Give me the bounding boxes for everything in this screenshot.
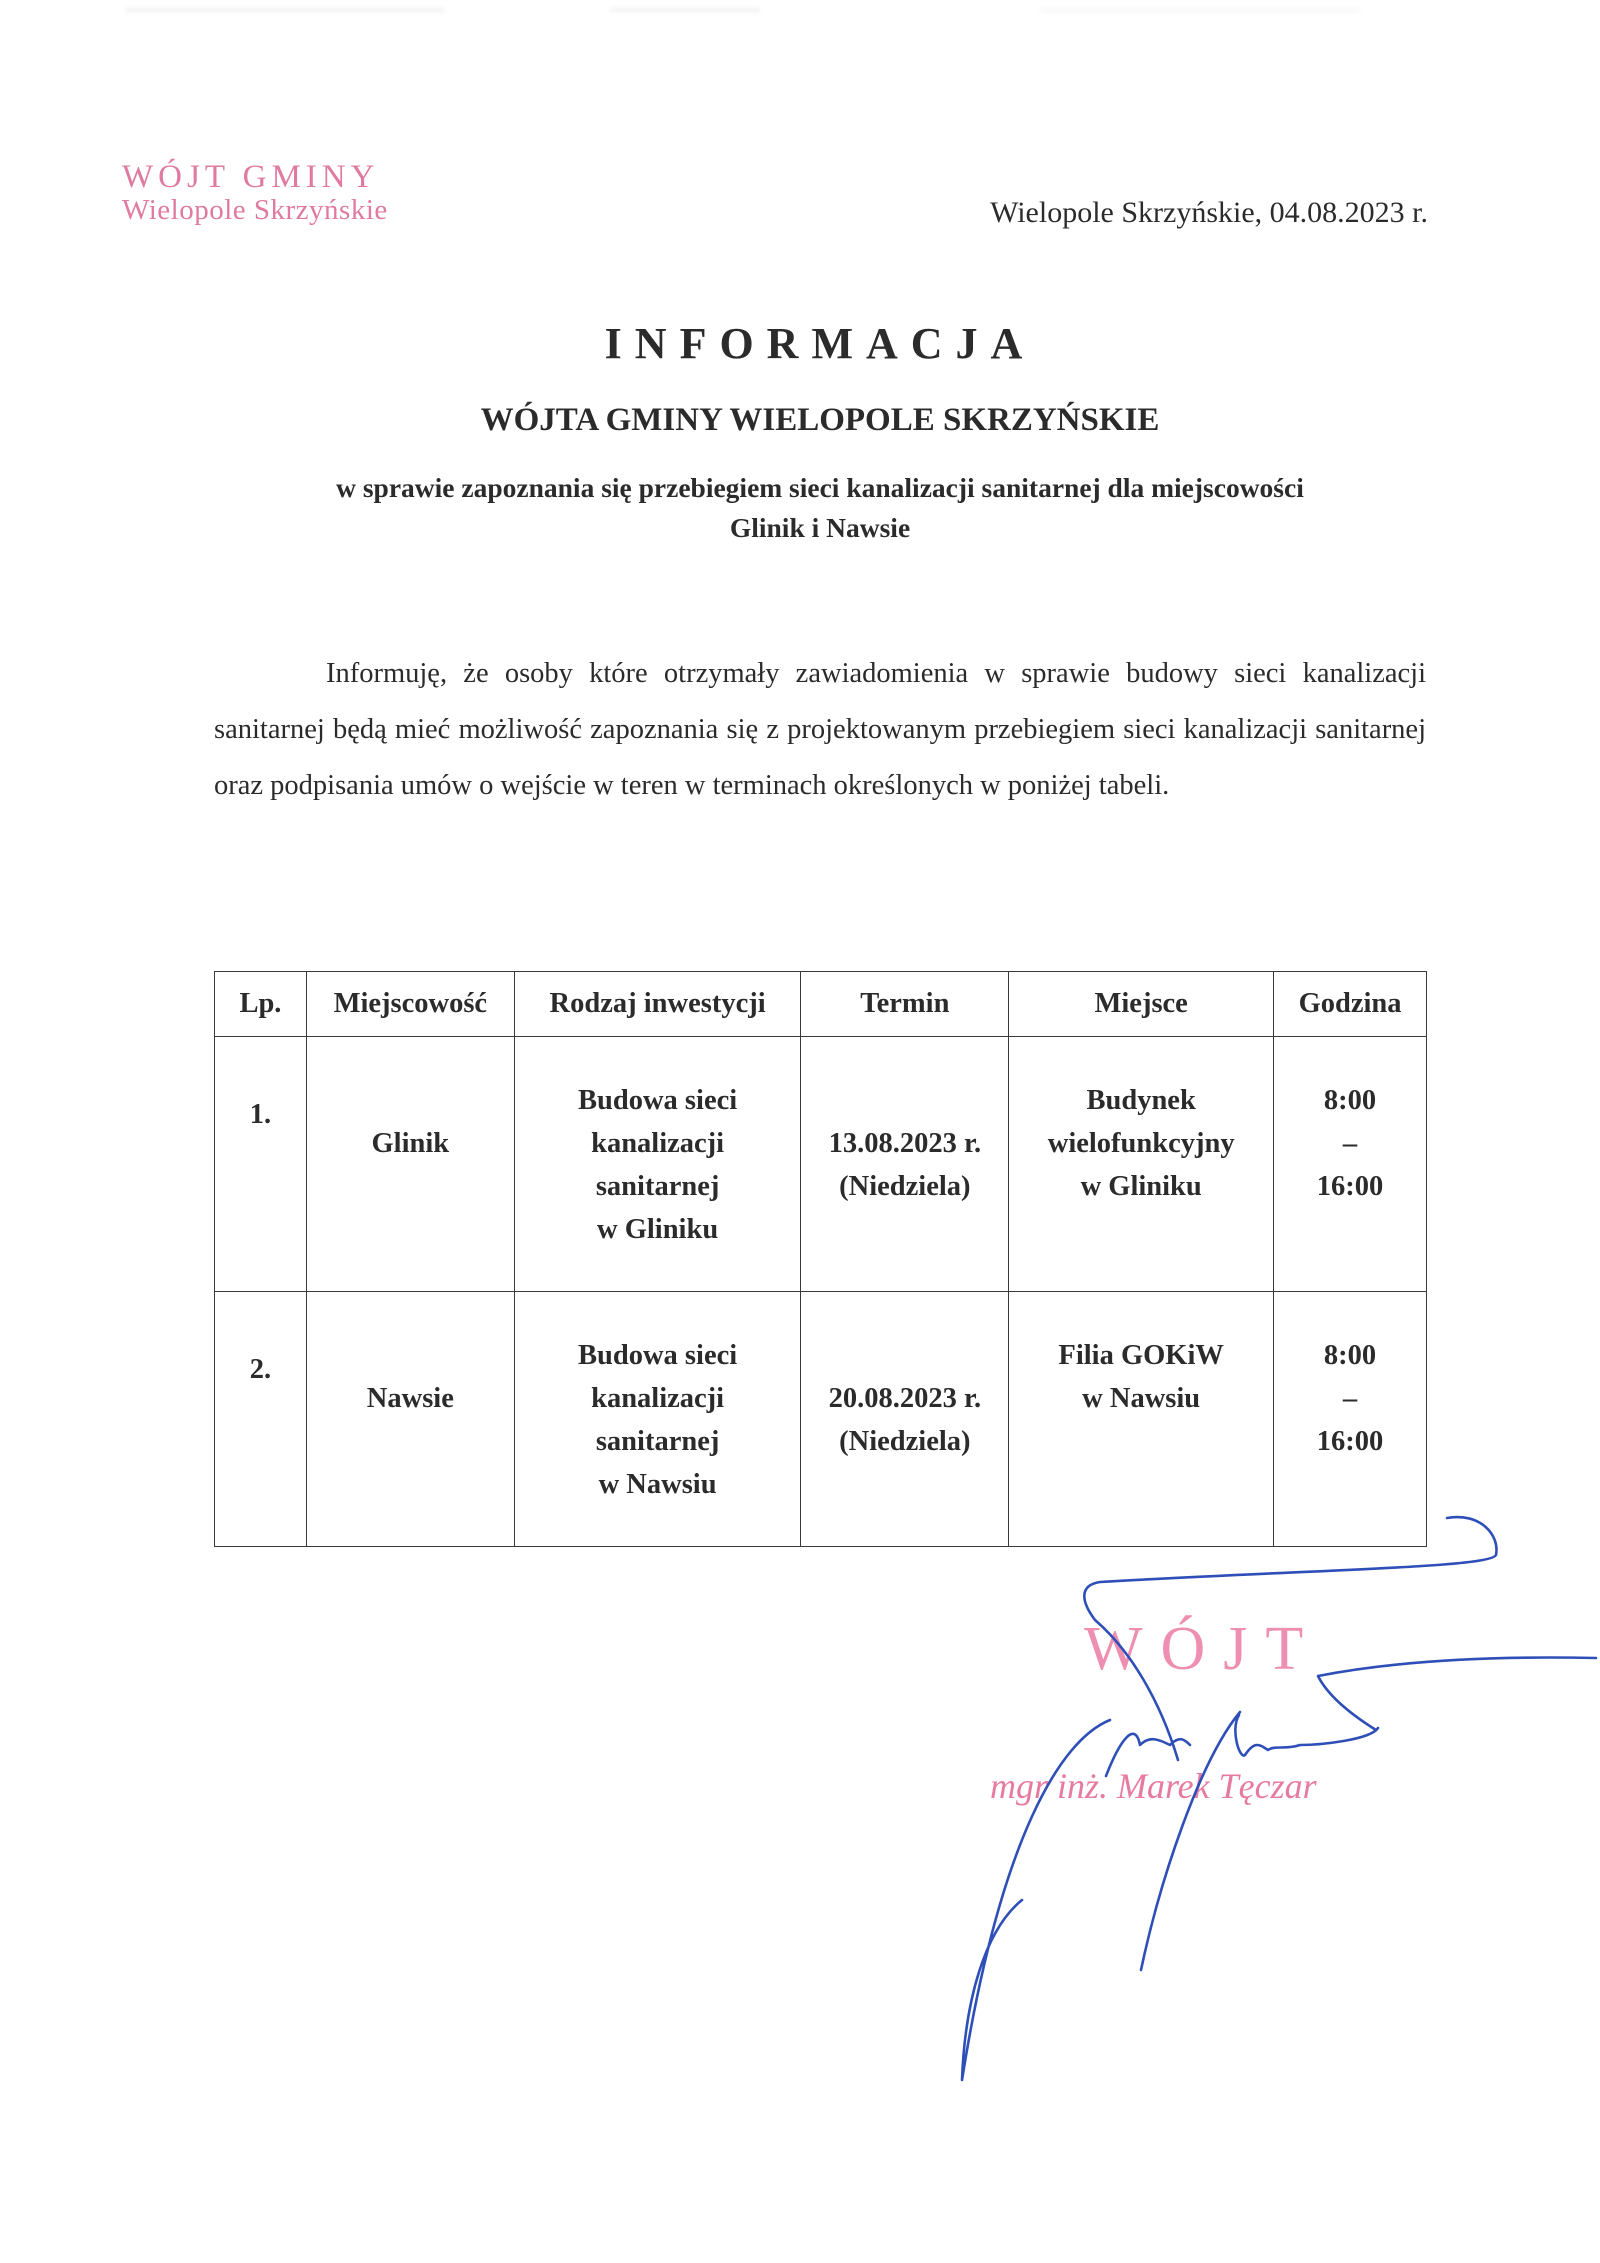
cell-miejscowosc: Glinik	[306, 1037, 514, 1292]
signature-stamp-title: WÓJT	[1084, 1614, 1321, 1685]
header-miejsce: Miejsce	[1009, 972, 1274, 1037]
signature-stamp-name: mgr inż. Marek Tęczar	[990, 1765, 1317, 1807]
cell-lp: 2.	[215, 1292, 307, 1547]
office-stamp-municipality: Wielopole Skrzyńskie	[122, 195, 388, 225]
office-stamp-title: WÓJT GMINY	[122, 160, 388, 195]
place-and-date: Wielopole Skrzyńskie, 04.08.2023 r.	[990, 196, 1428, 230]
document-title: INFORMACJA	[0, 318, 1600, 369]
scan-artifact	[1040, 8, 1360, 12]
cell-miejscowosc: Nawsie	[306, 1292, 514, 1547]
office-stamp: WÓJT GMINY Wielopole Skrzyńskie	[122, 160, 388, 225]
cell-inwestycja: Budowa siecikanalizacji sanitarnejw Naws…	[514, 1292, 801, 1547]
cell-lp: 1.	[215, 1037, 307, 1292]
cell-miejsce: Budynekwielofunkcyjny w Gliniku	[1009, 1037, 1274, 1292]
body-paragraph: Informuję, że osoby które otrzymały zawi…	[214, 646, 1426, 814]
scan-artifact	[610, 8, 760, 12]
document-subtitle: WÓJTA GMINY WIELOPOLE SKRZYŃSKIE	[0, 402, 1600, 439]
document-subject: w sprawie zapoznania się przebiegiem sie…	[230, 468, 1410, 548]
scan-artifact	[125, 8, 445, 12]
header-godzina: Godzina	[1274, 972, 1427, 1037]
cell-godzina: 8:00– 16:00	[1274, 1292, 1427, 1547]
table-header-row: Lp. Miejscowość Rodzaj inwestycji Termin…	[215, 972, 1427, 1037]
table-row: 2. Nawsie Budowa siecikanalizacji sanita…	[215, 1292, 1427, 1547]
header-rodzaj-inwestycji: Rodzaj inwestycji	[514, 972, 801, 1037]
header-miejscowosc: Miejscowość	[306, 972, 514, 1037]
subject-line: Glinik i Nawsie	[230, 508, 1410, 548]
cell-termin: 13.08.2023 r.(Niedziela)	[801, 1037, 1009, 1292]
cell-godzina: 8:00– 16:00	[1274, 1037, 1427, 1292]
subject-line: w sprawie zapoznania się przebiegiem sie…	[230, 468, 1410, 508]
cell-miejsce: Filia GOKiWw Nawsiu	[1009, 1292, 1274, 1547]
cell-inwestycja: Budowa siecikanalizacji sanitarnejw Glin…	[514, 1037, 801, 1292]
table-row: 1. Glinik Budowa siecikanalizacji sanita…	[215, 1037, 1427, 1292]
cell-termin: 20.08.2023 r.(Niedziela)	[801, 1292, 1009, 1547]
schedule-table: Lp. Miejscowość Rodzaj inwestycji Termin…	[214, 971, 1427, 1547]
header-lp: Lp.	[215, 972, 307, 1037]
header-termin: Termin	[801, 972, 1009, 1037]
